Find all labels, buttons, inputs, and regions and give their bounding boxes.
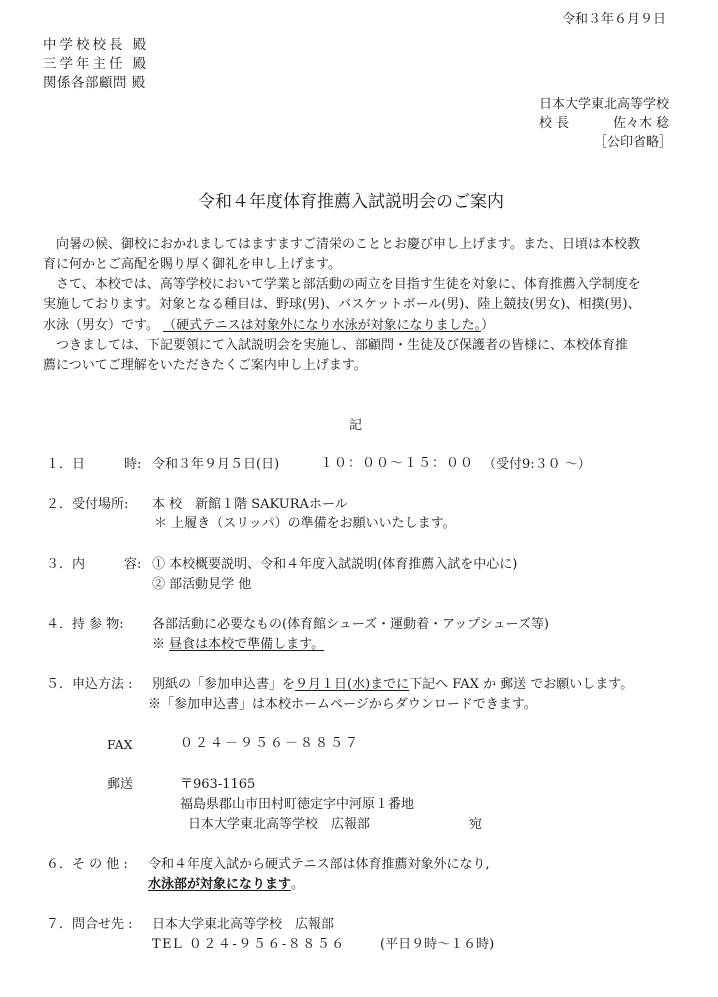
item7-line1: 日本大学東北高等学校 広報部 bbox=[152, 917, 334, 933]
tennis-swim-change-note: （硬式テニスは対象外になり水泳が対象になりました。 bbox=[163, 318, 481, 333]
lunch-provided-note: 昼食は本校で準備します。 bbox=[169, 637, 324, 652]
contact-hours: (平日９時～１６時) bbox=[380, 937, 494, 953]
item1-label: １．日 時: bbox=[46, 457, 141, 473]
item7-label: ７．問合せ先 : bbox=[46, 917, 133, 933]
item5-line2: ※「参加申込書」は本校ホームページからダウンロードできます。 bbox=[148, 697, 537, 713]
body-p2-line3: 水泳（男女）です。 （硬式テニスは対象外になり水泳が対象になりました。） bbox=[43, 318, 494, 334]
item3-label: ３．内 容: bbox=[46, 557, 141, 573]
item2-value: 本 校 新館１階 SAKURAホール bbox=[152, 497, 348, 513]
item3-line2: ② 部活動見学 他 bbox=[152, 577, 251, 593]
mail-suffix: 宛 bbox=[469, 817, 482, 833]
fax-label: FAX bbox=[107, 737, 133, 753]
item4-note: ※ 昼食は本校で準備します。 bbox=[152, 637, 324, 653]
sender-title: 校 長 bbox=[539, 116, 569, 132]
fax-number: ０２４－９５６－８８５７ bbox=[180, 736, 360, 752]
body-p1-line1: 向暑の候、御校におかれましてはますますご清栄のこととお慶び申し上げます。また、日… bbox=[56, 237, 640, 253]
item5-label: ５．申込方法 : bbox=[46, 677, 133, 693]
page-title: 令和４年度体育推薦入試説明会のご案内 bbox=[198, 192, 504, 212]
addressee-grade-head: 三学年主任 殿 bbox=[43, 56, 149, 73]
item3-line1: ① 本校概要説明、令和４年度入試説明(体育推薦入試を中心に) bbox=[152, 557, 517, 573]
item6-line2: 水泳部が対象になります。 bbox=[148, 877, 304, 893]
body-p2-line2: 実施しております。対象となる種目は、野球(男)、バスケットボール(男)、陸上競技… bbox=[43, 297, 641, 313]
body-p3-line2: 薦についてご理解をいただきたくご案内申し上げます。 bbox=[43, 358, 367, 374]
item6-line2-post: 。 bbox=[291, 877, 304, 892]
ki-heading: 記 bbox=[349, 418, 362, 434]
item4-label: ４．持 参 物: bbox=[46, 617, 124, 633]
item1-time: １０：００～１５：００ bbox=[320, 456, 474, 472]
item6-label: ６．そ の 他 : bbox=[46, 857, 128, 873]
mail-postal-code: 〒963-1165 bbox=[180, 777, 255, 793]
item5-line1: 別紙の「参加申込書」を９月１日(水)までに下記へ FAX か 郵送 でお願いしま… bbox=[152, 677, 633, 693]
item4-note-mark: ※ bbox=[152, 637, 165, 652]
item1-date: 令和３年９月５日(日) bbox=[152, 457, 279, 473]
item6-line1: 令和４年度入試から硬式テニス部は体育推薦対象外になり, bbox=[148, 857, 490, 873]
body-p3-line1: つきましては、下記要領にて入試説明会を実施し、部顧問・生徒及び保護者の皆様に、本… bbox=[56, 338, 628, 354]
application-deadline: ９月１日(水)までに bbox=[295, 677, 409, 692]
document-date: 令和３年６月９日 bbox=[562, 12, 666, 28]
swim-club-eligible-note: 水泳部が対象になります bbox=[148, 877, 291, 892]
contact-tel: TEL ０２４-９５６-８８５６ bbox=[152, 937, 346, 953]
body-p1-line2: 育に何かとご高配を賜り厚く御礼を申し上げます。 bbox=[43, 257, 341, 273]
item2-label: ２．受付場所: bbox=[46, 497, 128, 513]
body-p2-line3-post: ） bbox=[481, 318, 494, 333]
sender-school: 日本大学東北高等学校 bbox=[539, 97, 669, 113]
item2-note: ＊ 上履き（スリッパ）の準備をお願いいたします。 bbox=[154, 516, 456, 532]
addressee-principal: 中学校校長 殿 bbox=[43, 37, 149, 54]
mail-recipient: 日本大学東北高等学校 広報部 bbox=[188, 817, 370, 833]
item5-line1-pre: 別紙の「参加申込書」を bbox=[152, 677, 295, 692]
mail-label: 郵送 bbox=[107, 777, 133, 793]
item1-reception: （受付9:３０ ～） bbox=[483, 457, 591, 473]
body-p2-line3-pre: 水泳（男女）です。 bbox=[43, 318, 159, 333]
item4-line1: 各部活動に必要なもの(体育館シューズ・運動着・アップシューズ等) bbox=[152, 617, 549, 633]
addressee-club-advisors: 関係各部顧問 殿 bbox=[43, 75, 146, 92]
item5-line1-post: 下記へ FAX か 郵送 でお願いします。 bbox=[409, 677, 633, 692]
sender-name: 佐々木 稔 bbox=[613, 116, 669, 132]
mail-address: 福島県郡山市田村町徳定字中河原１番地 bbox=[180, 797, 414, 813]
body-p2-line1: さて、本校では、高等学校において学業と部活動の両立を目指す生徒を対象に、体育推薦… bbox=[56, 277, 641, 293]
seal-note: ［公印省略］ bbox=[594, 135, 672, 151]
